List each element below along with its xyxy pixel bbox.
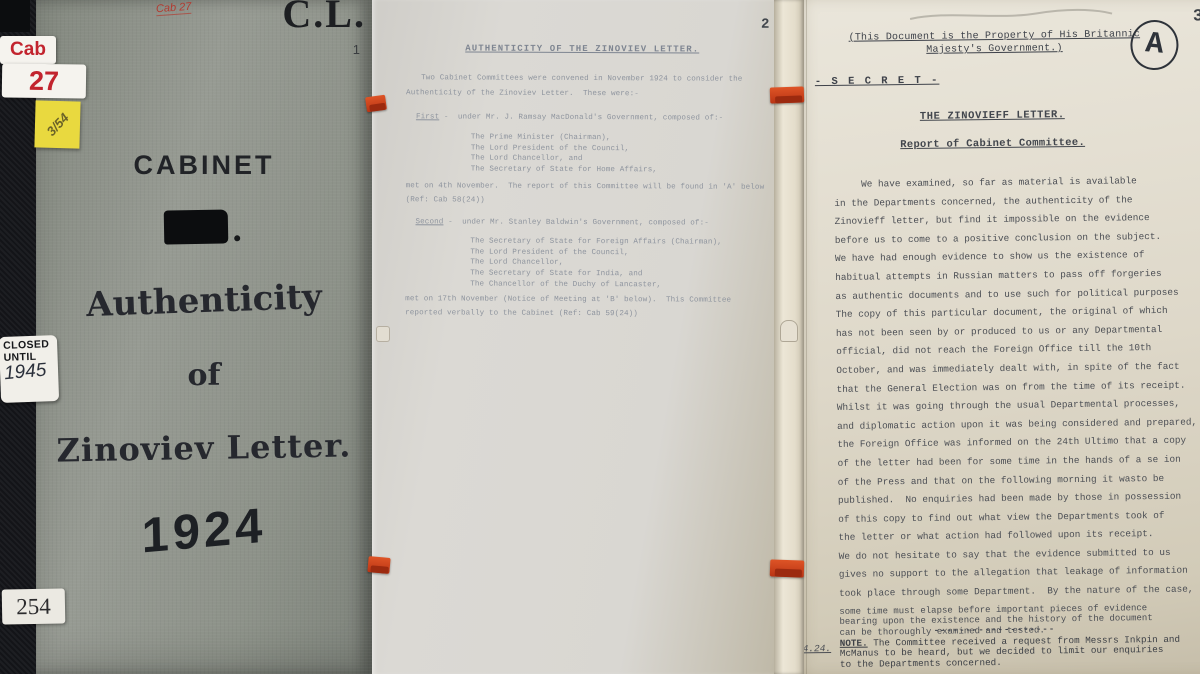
property-statement: (This Document is the Property of His Br… [826, 28, 1162, 58]
committee-intro: - under Mr. Stanley Baldwin's Government… [443, 218, 708, 227]
paper-fastener [780, 320, 798, 342]
committee-label: First [416, 113, 439, 121]
member-list: The Secretary of State for Foreign Affai… [470, 237, 722, 292]
sticky-note: 3/54 [34, 100, 80, 148]
redaction-mark [164, 209, 229, 244]
committee-first-heading: First - under Mr. J. Ramsay MacDonald's … [416, 113, 723, 122]
note-line: to the Departments concerned. [840, 657, 1002, 670]
right-page-content: 3 (This Document is the Property of His … [786, 0, 1200, 674]
archive-photo: Cab 27 C.L. 1 Cab 27 3/54 CABINET Authen… [0, 0, 1200, 674]
member-list: The Prime Minister (Chairman),The Lord P… [471, 133, 657, 176]
middle-page-content: 2 AUTHENTICITY OF THE ZINOVIEV LETTER. T… [371, 0, 792, 674]
red-tie-icon [367, 556, 390, 574]
right-page: 3 (This Document is the Property of His … [790, 0, 1200, 674]
page-number: 3 [1193, 7, 1200, 26]
note-paragraph: NOTE. The Committee received a request f… [840, 635, 1181, 670]
member-item: The Lord Chancellor, and [471, 154, 657, 165]
committee-second-heading: Second - under Mr. Stanley Baldwin's Gov… [415, 218, 708, 227]
sticky-note-text: 3/54 [43, 110, 71, 139]
outcome-line: met on 17th November (Notice of Meeting … [405, 292, 731, 307]
ref-line: reported verbally to the Cabinet (Ref: C… [405, 306, 731, 321]
red-tie-icon [770, 559, 805, 577]
classification-secret: - S E C R E T - [815, 75, 940, 89]
circled-letter: A [1128, 18, 1180, 72]
closed-until-line1: CLOSED [3, 338, 55, 352]
cover-heading: CABINET [36, 150, 372, 181]
member-item: The Chancellor of the Duchy of Lancaster… [470, 279, 722, 291]
cover-year: 1924 [36, 488, 372, 573]
member-item: The Lord President of the Council, [471, 143, 657, 154]
table-corner [0, 0, 30, 32]
member-item: The Secretary of State for Foreign Affai… [470, 237, 722, 249]
page-number: 2 [761, 17, 769, 33]
pencil-scribble [906, 4, 1116, 25]
archive-ref-number-label: 27 [2, 63, 86, 98]
intro-line: Two Cabinet Committees were convened in … [406, 71, 742, 87]
ref-line: (Ref: Cab 58(24)) [406, 193, 765, 209]
piece-number-label: 254 [2, 588, 66, 624]
red-tie-icon [365, 95, 387, 113]
cover-title-line2: of [36, 358, 372, 393]
cover-title-line1: Authenticity [35, 275, 372, 327]
corner-mark: C.L. [282, 0, 366, 37]
cover-title-line3: Zinoviev Letter. [36, 426, 373, 470]
report-title: THE ZINOVIEFF LETTER. [787, 108, 1197, 125]
red-annotation: Cab 27 [156, 1, 192, 16]
outcome-line: met on 4th November. The report of this … [406, 179, 765, 195]
archive-ref-series-label: Cab [0, 36, 56, 64]
committee-intro: - under Mr. J. Ramsay MacDonald's Govern… [439, 113, 723, 122]
closed-until-year: 1945 [4, 364, 57, 380]
committee-first-outcome: met on 4th November. The report of this … [406, 179, 765, 209]
typed-body: We have examined, so far as material is … [834, 175, 1200, 639]
property-line: Majesty's Government.) [926, 43, 1063, 56]
committee-second-outcome: met on 17th November (Notice of Meeting … [405, 292, 731, 321]
intro-line: Authenticity of the Zinoviev Letter. The… [406, 89, 639, 98]
report-subtitle: Report of Cabinet Committee. [788, 136, 1198, 153]
dashed-separator: ------------------- [934, 624, 1056, 635]
member-item: The Prime Minister (Chairman), [471, 133, 657, 144]
closed-until-label: CLOSED UNTIL 1945 [0, 335, 59, 403]
cabinet-file-cover: Cab 27 C.L. 1 Cab 27 3/54 CABINET Authen… [36, 0, 372, 674]
member-item: The Secretary of State for Home Affairs, [471, 164, 657, 175]
property-line: (This Document is the Property of His Br… [849, 29, 1141, 44]
red-tie-icon [770, 86, 805, 103]
intro-paragraph: Two Cabinet Committees were convened in … [406, 71, 742, 102]
typed-heading: AUTHENTICITY OF THE ZINOVIEV LETTER. [373, 43, 791, 55]
binding-strip [774, 0, 804, 674]
member-item: The Secretary of State for India, and [470, 269, 722, 281]
corner-page-number: 1 [353, 42, 360, 57]
paper-fastener [376, 326, 390, 342]
middle-page: 2 AUTHENTICITY OF THE ZINOVIEV LETTER. T… [372, 0, 790, 674]
committee-label: Second [415, 218, 443, 226]
